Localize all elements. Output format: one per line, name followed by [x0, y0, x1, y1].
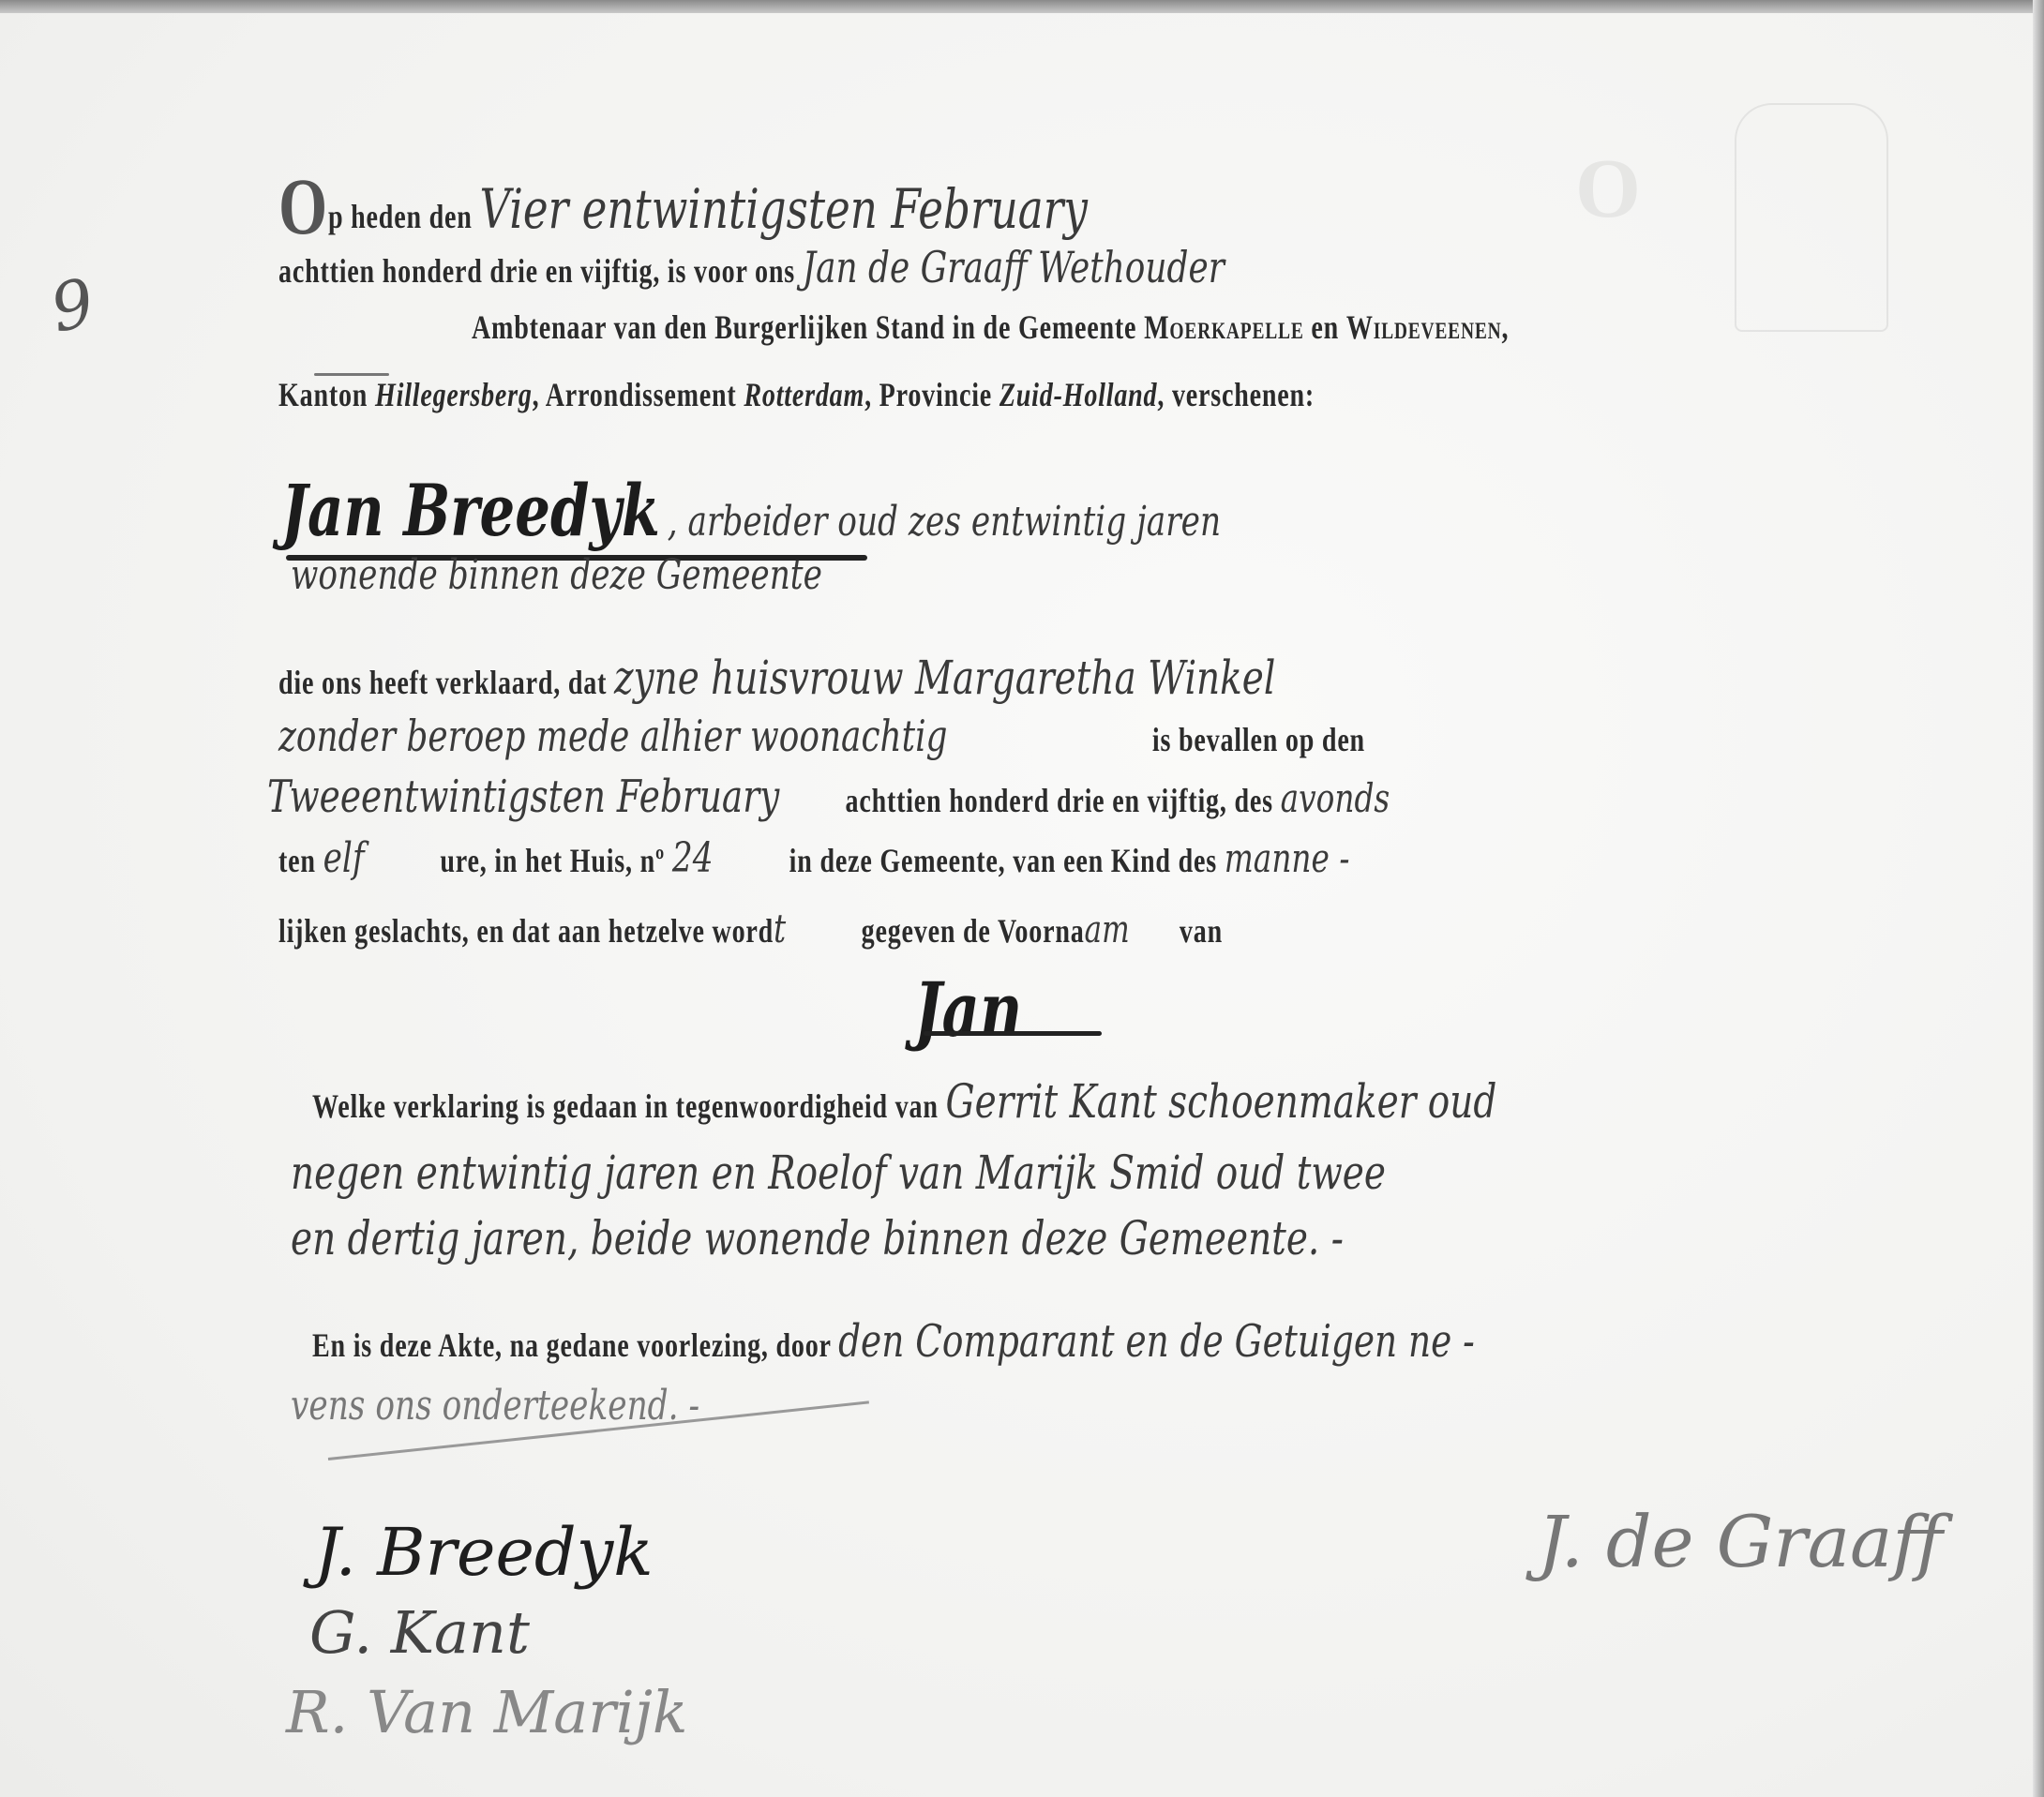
birth-hour: elf: [323, 834, 433, 882]
mother-name: zyne huisvrouw Margaretha Winkel: [614, 651, 1275, 705]
printed-text: die ons heeft verklaard, dat: [278, 664, 607, 701]
printed-text: Ambtenaar van den Burgerlijken Stand in …: [472, 308, 1136, 346]
witness-details: negen entwintig jaren en Roelof van Mari…: [291, 1146, 1386, 1200]
printed-text: achttien honderd drie en vijftig, is voo…: [278, 252, 795, 290]
province-name: Zuid-Holland: [999, 376, 1158, 413]
line-1: Op heden den Vier entwintigsten February: [278, 159, 1088, 253]
signature-father: J. Breedyk: [314, 1514, 654, 1591]
printed-text: van: [1180, 912, 1223, 950]
printed-text: , Provincie: [864, 376, 992, 413]
printed-text: ure, in het Huis, nº: [440, 842, 665, 879]
line-11: lijken geslachts, en dat aan hetzelve wo…: [278, 906, 1223, 951]
printed-text: , Arrondissement: [533, 376, 737, 413]
line-3: Ambtenaar van den Burgerlijken Stand in …: [472, 307, 1509, 347]
birth-date: Tweeentwintigsten February: [267, 771, 779, 823]
house-number: 24: [672, 834, 782, 882]
printed-text: , verschenen:: [1157, 376, 1315, 413]
municipality-name: Wildeveenen: [1346, 308, 1502, 346]
printed-text: ten: [278, 842, 316, 879]
birth-time-of-day: avonds: [1281, 775, 1390, 821]
line-5: Jan Breedyk , arbeider oud zes entwintig…: [281, 469, 1221, 552]
handwritten-suffix: am: [1085, 908, 1173, 951]
printed-text: is bevallen op den: [1152, 721, 1365, 758]
line-9: Tweeentwintigsten February achttien hond…: [267, 771, 1390, 823]
printed-text: Kanton: [278, 376, 368, 413]
witness-residence: en dertig jaren, beide wonende binnen de…: [291, 1211, 1344, 1265]
printed-text: gegeven de Voorna: [862, 912, 1085, 950]
signing-text: vens ons onderteekend. -: [291, 1382, 699, 1430]
district-name: Rotterdam: [744, 376, 864, 413]
municipality-name: Moerkapelle: [1144, 308, 1304, 346]
printed-text: ,: [1501, 308, 1509, 346]
declarant-details: , arbeider oud zes entwintig jaren: [668, 498, 1221, 546]
line-10: ten elf ure, in het Huis, nº 24 in deze …: [278, 834, 1349, 882]
drop-cap: O: [278, 161, 328, 251]
line-6: wonende binnen deze Gemeente: [291, 551, 822, 599]
printed-text: p heden den: [328, 198, 473, 235]
witness-1: Gerrit Kant schoenmaker oud: [946, 1074, 1497, 1129]
line-13: Welke verklaring is gedaan in tegenwoord…: [312, 1074, 1496, 1129]
line-12: Jan: [914, 966, 1022, 1054]
seal-stamp-icon: [1735, 103, 1888, 332]
line-16: En is deze Akte, na gedane voorlezing, d…: [312, 1315, 1475, 1368]
line-15: en dertig jaren, beide wonende binnen de…: [291, 1211, 1344, 1265]
declarant-name: Jan Breedyk: [281, 469, 660, 552]
mother-details: zonder beroep mede alhier woonachtig: [278, 711, 948, 761]
printed-text: lijken geslachts, en dat aan hetzelve wo…: [278, 912, 774, 950]
printed-text: en: [1311, 308, 1339, 346]
residence-text: wonende binnen deze Gemeente: [291, 551, 822, 599]
handwritten-official: Jan de Graaff Wethouder: [803, 242, 1225, 292]
printed-text: En is deze Akte, na gedane voorlezing, d…: [312, 1326, 831, 1364]
line-17: vens ons onderteekend. -: [291, 1382, 699, 1430]
child-name: Jan: [914, 966, 1022, 1054]
canton-name: Hillegersberg: [375, 376, 533, 413]
signature-witness-1: G. Kant: [309, 1598, 530, 1667]
signature-witness-2: R. Van Marijk: [286, 1678, 688, 1746]
line-4: Kanton Hillegersberg, Arrondissement Rot…: [278, 375, 1315, 414]
handwritten-date: Vier entwintigsten February: [479, 177, 1087, 241]
child-name-underline: [924, 1031, 1102, 1036]
child-sex: manne -: [1225, 835, 1350, 881]
line-8: zonder beroep mede alhier woonachtig is …: [278, 711, 1365, 761]
signature-official: J. de Graaff: [1538, 1500, 1943, 1583]
line-14: negen entwintig jaren en Roelof van Mari…: [291, 1146, 1386, 1200]
signing-parties: den Comparant en de Getuigen ne -: [838, 1315, 1475, 1368]
bleed-through-letter: O: [1575, 141, 1641, 237]
handwritten-letter: t: [774, 906, 854, 951]
scan-right-edge: [2033, 0, 2044, 1797]
printed-text: achttien honderd drie en vijftig, des: [846, 782, 1273, 819]
line-2: achttien honderd drie en vijftig, is voo…: [278, 242, 1225, 292]
printed-text: Welke verklaring is gedaan in tegenwoord…: [312, 1087, 939, 1125]
line-7: die ons heeft verklaard, dat zyne huisvr…: [278, 651, 1275, 705]
printed-text: in deze Gemeente, van een Kind des: [789, 842, 1217, 879]
scan-top-edge: [0, 0, 2044, 13]
